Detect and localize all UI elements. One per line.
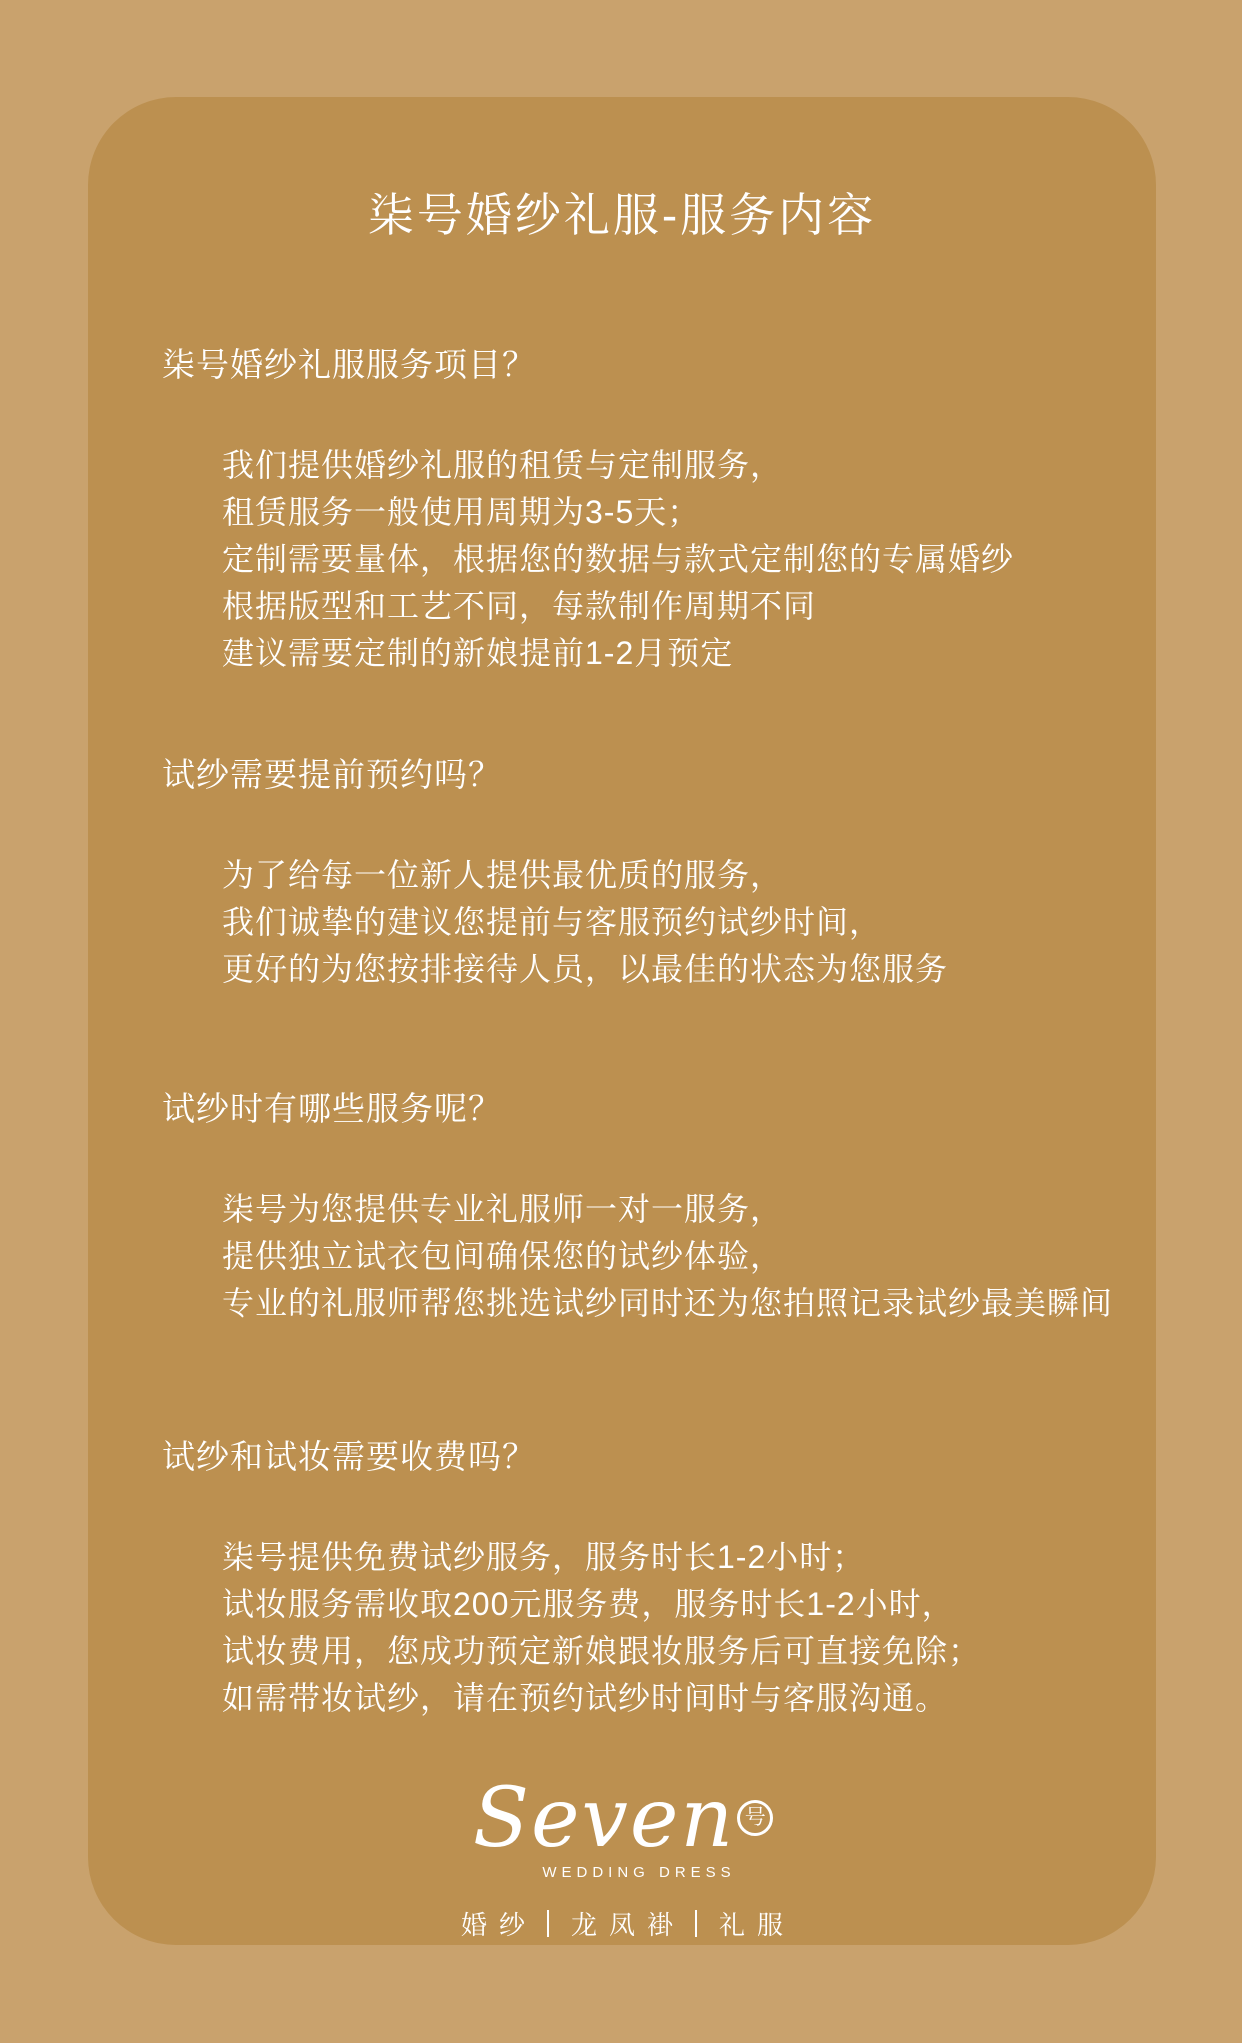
qa-section-fees: 试纱和试妆需要收费吗？ 柒号提供免费试纱服务，服务时长1-2小时； 试妆服务需收… xyxy=(88,1431,1156,1722)
poster-background: { "page": { "title": "柒号婚纱礼服-服务内容" }, "s… xyxy=(0,0,1242,2043)
service-info-card: 柒号婚纱礼服-服务内容 柒号婚纱礼服服务项目？ 我们提供婚纱礼服的租赁与定制服务… xyxy=(88,97,1156,1945)
question-text: 柒号婚纱礼服服务项目？ xyxy=(162,339,1156,386)
answer-text: 柒号提供免费试纱服务，服务时长1-2小时； 试妆服务需收取200元服务费，服务时… xyxy=(222,1534,1116,1722)
qa-section-appointment: 试纱需要提前预约吗？ 为了给每一位新人提供最优质的服务， 我们诚挚的建议您提前与… xyxy=(88,749,1156,993)
question-text: 试纱需要提前预约吗？ xyxy=(162,749,1156,796)
answer-text: 我们提供婚纱礼服的租赁与定制服务， 租赁服务一般使用周期为3-5天； 定制需要量… xyxy=(222,442,1116,677)
question-text: 试纱和试妆需要收费吗？ xyxy=(162,1431,1156,1478)
brand-subtitle: WEDDING DRESS xyxy=(122,1864,1156,1881)
qa-section-service-items: 柒号婚纱礼服服务项目？ 我们提供婚纱礼服的租赁与定制服务， 租赁服务一般使用周期… xyxy=(88,339,1156,677)
brand-wordmark: Seven号 xyxy=(88,1778,1156,1860)
brand-categories: 婚纱 龙凤褂 礼服 xyxy=(88,1905,1156,1942)
brand-number-badge: 号 xyxy=(737,1800,773,1836)
question-text: 试纱时有哪些服务呢？ xyxy=(162,1083,1156,1130)
page-title: 柒号婚纱礼服-服务内容 xyxy=(88,179,1156,245)
category-label: 龙凤褂 xyxy=(559,1905,685,1942)
brand-logo: Seven号 WEDDING DRESS 婚纱 龙凤褂 礼服 xyxy=(88,1778,1156,1942)
category-divider xyxy=(695,1910,697,1937)
brand-script-text: Seven xyxy=(473,1771,735,1866)
category-label: 礼服 xyxy=(707,1905,795,1942)
qa-section-fitting-services: 试纱时有哪些服务呢？ 柒号为您提供专业礼服师一对一服务， 提供独立试衣包间确保您… xyxy=(88,1083,1156,1327)
answer-text: 为了给每一位新人提供最优质的服务， 我们诚挚的建议您提前与客服预约试纱时间， 更… xyxy=(222,852,1116,993)
answer-text: 柒号为您提供专业礼服师一对一服务， 提供独立试衣包间确保您的试纱体验， 专业的礼… xyxy=(222,1186,1116,1327)
category-label: 婚纱 xyxy=(449,1905,537,1942)
category-divider xyxy=(547,1910,549,1937)
